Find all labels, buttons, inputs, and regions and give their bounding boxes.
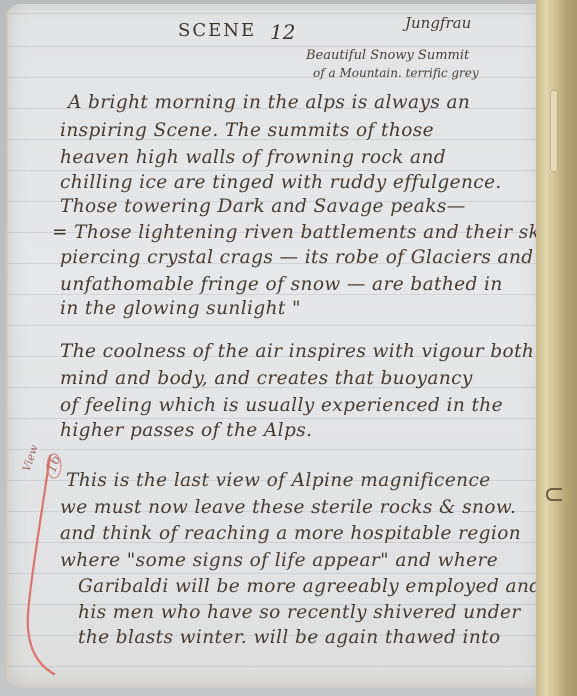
text-line: in the glowing sunlight " (60, 298, 301, 319)
text-line: Those towering Dark and Savage peaks— (60, 196, 466, 217)
text-line: heaven high walls of frowning rock and (60, 147, 446, 168)
scene-location: Jungfrau (405, 14, 471, 32)
text-line: inspiring Scene. The summits of those (60, 120, 434, 141)
text-line: The coolness of the air inspires with vi… (60, 341, 534, 362)
notebook-page: SCENE 12 Jungfrau Beautiful Snowy Summit… (6, 4, 540, 688)
text-line: and think of reaching a more hospitable … (60, 523, 521, 544)
text-line: his men who have so recently shivered un… (78, 602, 521, 623)
scene-number: 12 (270, 20, 295, 44)
binding-clasp (546, 488, 562, 501)
text-line: where "some signs of life appear" and wh… (60, 550, 498, 571)
scene-caption-line-2: of a Mountain. terrific grey (313, 66, 479, 80)
text-line: Garibaldi will be more agreeably employe… (78, 576, 540, 597)
scene-label: SCENE (178, 20, 256, 41)
text-line: unfathomable fringe of snow — are bathed… (60, 274, 503, 295)
scene-caption-line-1: Beautiful Snowy Summit (306, 48, 469, 63)
text-line: piercing crystal crags — its robe of Gla… (60, 247, 534, 268)
margin-annotation-text: View (20, 443, 41, 473)
book-binding-edge (536, 0, 577, 696)
text-line: mind and body, and creates that buoyancy (60, 368, 473, 389)
margin-annotation-number: 16 (43, 453, 64, 475)
text-line: chilling ice are tinged with ruddy efful… (60, 172, 502, 193)
text-line: higher passes of the Alps. (60, 420, 312, 441)
text-line: = Those lightening riven battlements and… (52, 222, 540, 243)
binding-ridge (550, 90, 558, 172)
text-line: the blasts winter. will be again thawed … (78, 627, 501, 648)
text-line: A bright morning in the alps is always a… (68, 92, 470, 113)
manuscript-scan: SCENE 12 Jungfrau Beautiful Snowy Summit… (0, 0, 577, 696)
text-line: of feeling which is usually experienced … (60, 395, 503, 416)
text-line: This is the last view of Alpine magnific… (66, 470, 491, 491)
text-line: we must now leave these sterile rocks & … (60, 497, 516, 518)
